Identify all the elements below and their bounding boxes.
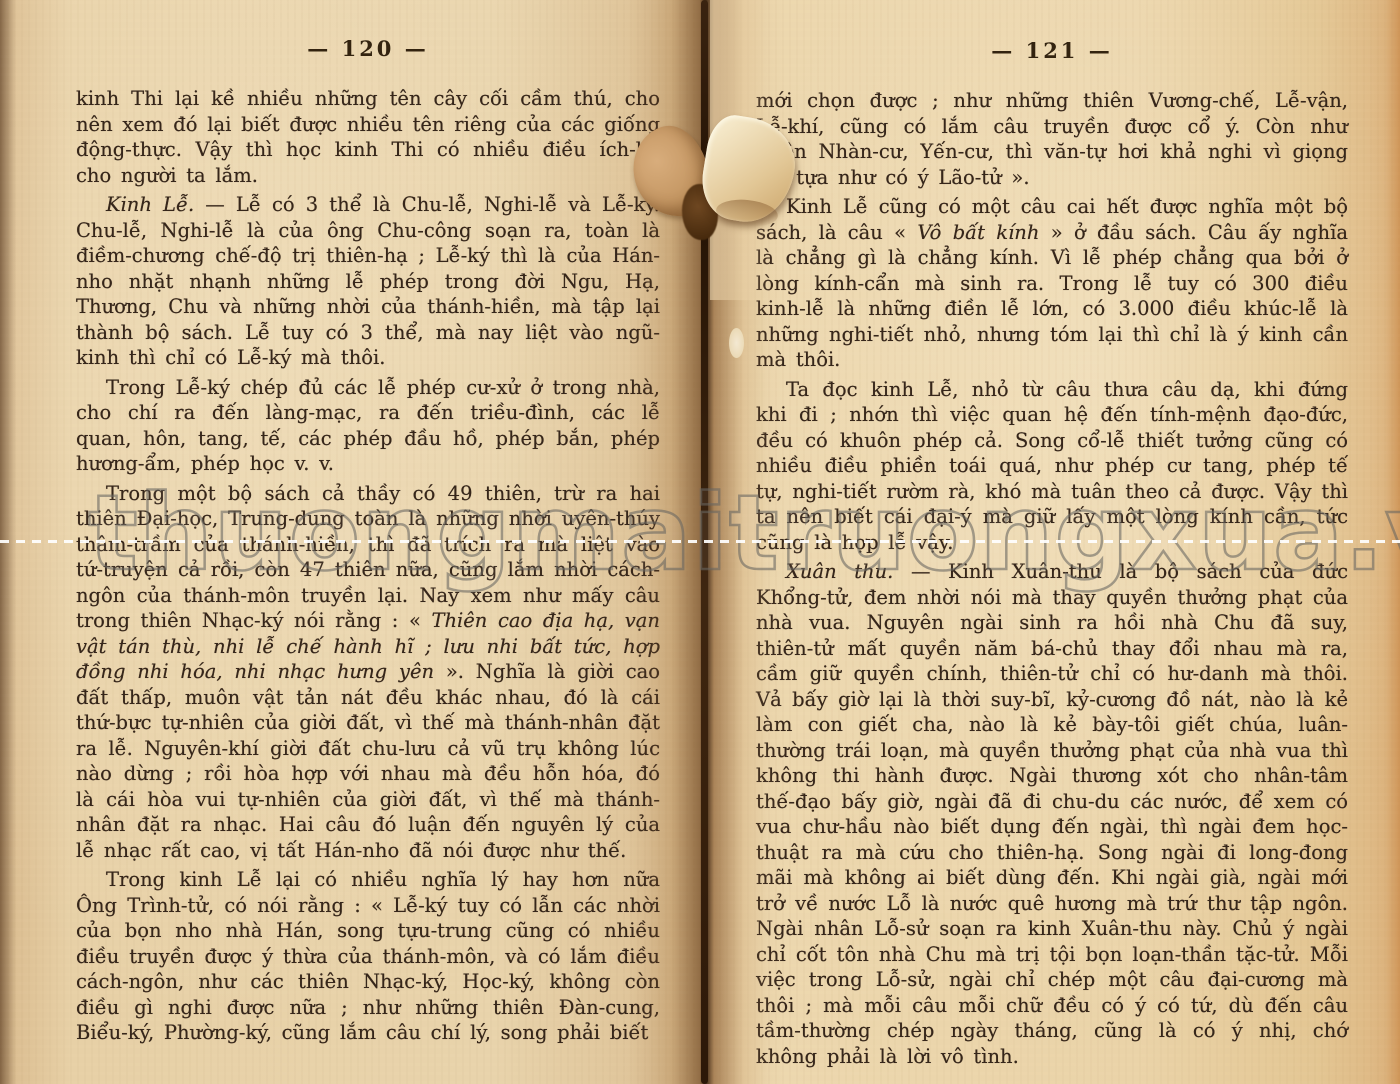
italic-text-run: Vô bất kính [917, 221, 1039, 244]
page-number-right: — 121 — [756, 38, 1348, 63]
text-run: mới chọn được ; như những thiên Vương-ch… [756, 89, 1348, 189]
text-run: Ta đọc kinh Lễ, nhỏ từ câu thưa câu dạ, … [756, 378, 1348, 554]
page-text-right: mới chọn được ; như những thiên Vương-ch… [756, 88, 1348, 1073]
page-paragraph: kinh Thi lại kề nhiều những tên cây cối … [76, 86, 660, 188]
page-text-left: kinh Thi lại kề nhiều những tên cây cối … [76, 86, 660, 1050]
page-paragraph: mới chọn được ; như những thiên Vương-ch… [756, 88, 1348, 190]
text-run: Trong Lễ-ký chép đủ các lễ phép cư-xử ở … [76, 376, 660, 476]
text-run: — Kinh Xuân-thu là bộ sách của đức Khổng… [756, 560, 1348, 1068]
text-run: — Lễ có 3 thể là Chu-lễ, Nghi-lễ và Lễ-k… [76, 193, 660, 369]
page-paragraph: Trong một bộ sách cả thầy có 49 thiên, t… [76, 481, 660, 864]
page-paragraph: Ta đọc kinh Lễ, nhỏ từ câu thưa câu dạ, … [756, 377, 1348, 556]
page-paragraph: Trong kinh Lễ lại có nhiều nghĩa lý hay … [76, 867, 660, 1046]
book-spread: — 120 — — 121 — kinh Thi lại kề nhiều nh… [0, 0, 1400, 1084]
text-run: kinh Thi lại kề nhiều những tên cây cối … [76, 87, 660, 187]
page-paragraph: Trong Lễ-ký chép đủ các lễ phép cư-xử ở … [76, 375, 660, 477]
italic-text-run: Kinh Lễ. [106, 193, 194, 216]
page-edge-left [0, 0, 16, 1084]
text-run: Trong kinh Lễ lại có nhiều nghĩa lý hay … [76, 868, 660, 1044]
page-paragraph: Kinh Lễ cũng có một câu cai hết được ngh… [756, 194, 1348, 373]
text-run: ». Nghĩa là giời cao đất thấp, muôn vật … [76, 660, 660, 862]
page-edge-right [1370, 0, 1400, 1084]
page-paragraph: Kinh Lễ. — Lễ có 3 thể là Chu-lễ, Nghi-l… [76, 192, 660, 371]
page-paragraph: Xuân thu. — Kinh Xuân-thu là bộ sách của… [756, 559, 1348, 1069]
page-edge-nick [729, 328, 744, 358]
italic-text-run: Xuân thu. [786, 560, 893, 583]
page-number-left: — 120 — [76, 36, 660, 61]
